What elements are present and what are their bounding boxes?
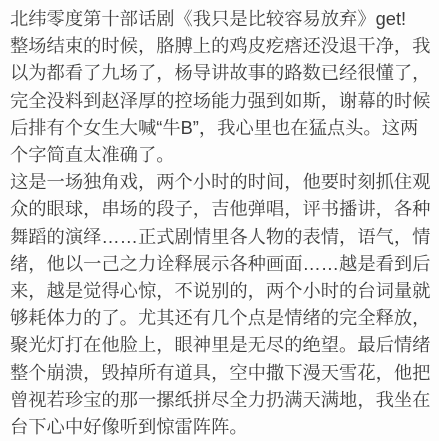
text-post: 北纬零度第十部话剧《我只是比较容易放弃》get! 整场结束的时候，胳膊上的鸡皮疙…	[0, 0, 439, 441]
post-paragraph-1: 整场结束的时候，胳膊上的鸡皮疙瘩还没退干净，我以为都看了九场了，杨导讲故事的路数…	[10, 32, 432, 168]
post-title-line: 北纬零度第十部话剧《我只是比较容易放弃》get!	[10, 5, 432, 32]
post-paragraph-2: 这是一场独角戏，两个小时的时间，他要时刻抓住观众的眼球，串场的段子，吉他弹唱，评…	[10, 168, 432, 440]
